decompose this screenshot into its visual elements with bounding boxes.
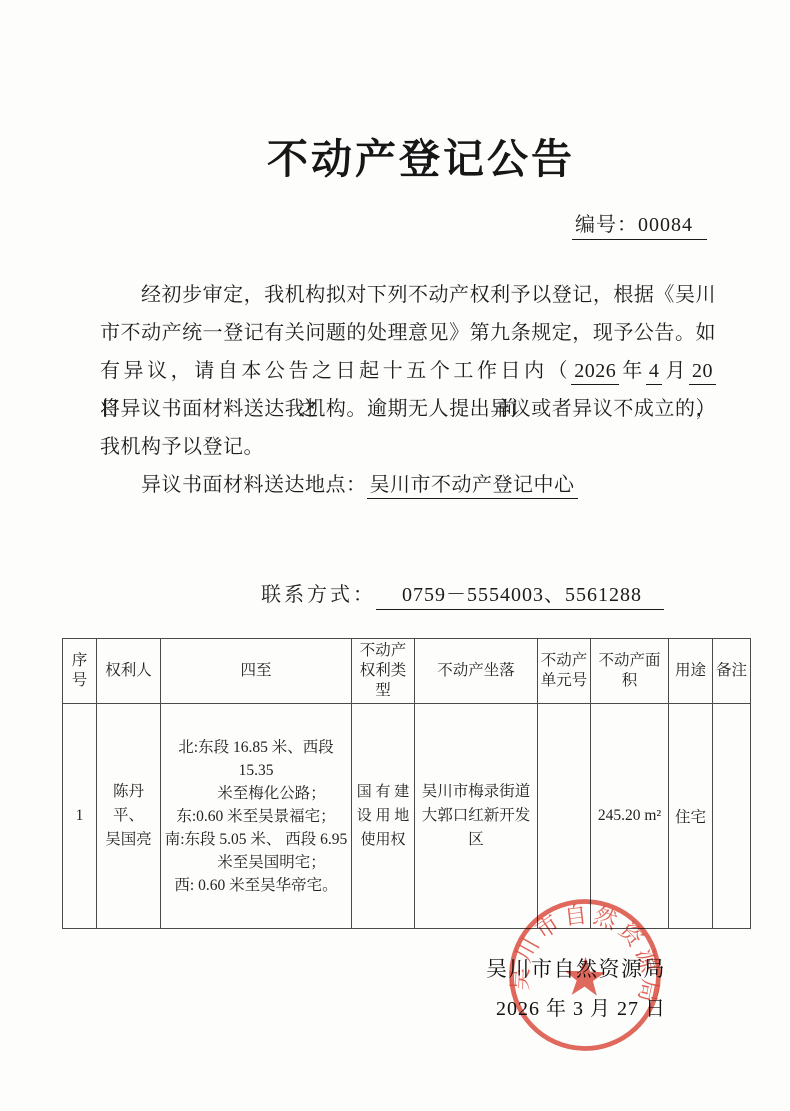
notice-body: 经初步审定，我机构拟对下列不动产权利予以登记，根据《吴川 市不动产统一登记有关问… (100, 276, 716, 504)
doc-number-underline: 编号：00084 (572, 214, 707, 240)
contact-phone: 0759－5554003、5561288 (376, 584, 664, 610)
col-right-type: 不动产权利类型 (352, 639, 415, 704)
cell-usage: 住宅 (669, 704, 713, 929)
seal-arc-text: 吴川市自然资源局 (507, 899, 665, 1009)
seal-star-icon (564, 956, 606, 996)
col-unit-no: 不动产单元号 (538, 639, 591, 704)
body-line-6: 异议书面材料送达地点：吴川市不动产登记中心 (100, 466, 716, 504)
col-usage: 用途 (669, 639, 713, 704)
deadline-year: 2026 (571, 360, 619, 385)
delivery-location-value: 吴川市不动产登记中心 (367, 474, 578, 499)
cell-area: 245.20 m² (591, 704, 669, 929)
official-seal: 吴川市自然资源局 (503, 893, 666, 1056)
scanned-document-page: 不动产登记公告 编号：00084 经初步审定，我机构拟对下列不动产权利予以登记，… (0, 0, 790, 1111)
table-row: 1 陈丹平、 吴国亮 北:东段 16.85 米、西段 15.35 米至梅化公路；… (63, 704, 751, 929)
page-title: 不动产登记公告 (26, 126, 790, 185)
doc-number-label: 编号： (575, 214, 638, 236)
col-boundaries: 四至 (161, 639, 352, 704)
table-header-row: 序号 权利人 四至 不动产权利类型 不动产坐落 不动产单元号 不动产面积 用途 … (63, 639, 751, 704)
body-line-2: 市不动产统一登记有关问题的处理意见》第九条规定，现予公告。如 (100, 314, 716, 352)
col-location: 不动产坐落 (415, 639, 538, 704)
deadline-text: 有异议，请自本公告之日起十五个工作日内（ (100, 360, 571, 382)
body-line-1: 经初步审定，我机构拟对下列不动产权利予以登记，根据《吴川 (100, 276, 716, 314)
month-unit: 月 (662, 360, 689, 382)
col-seq: 序号 (63, 639, 97, 704)
body-line-4: 将异议书面材料送达我机构。逾期无人提出异议或者异议不成立的， (100, 390, 716, 428)
year-unit: 年 (619, 360, 646, 382)
cell-seq: 1 (63, 704, 97, 929)
col-owner: 权利人 (97, 639, 161, 704)
delivery-location-label: 异议书面材料送达地点： (141, 474, 367, 496)
col-remark: 备注 (713, 639, 751, 704)
deadline-month: 4 (646, 360, 663, 385)
cell-right-type: 国 有 建 设 用 地 使用权 (352, 704, 415, 929)
cell-boundaries: 北:东段 16.85 米、西段 15.35 米至梅化公路； 东:0.60 米至吴… (161, 704, 352, 929)
contact-line: 联系方式：0759－5554003、5561288 (261, 578, 664, 607)
doc-number: 编号：00084 (572, 208, 707, 237)
cell-owner: 陈丹平、 吴国亮 (97, 704, 161, 929)
col-area: 不动产面积 (591, 639, 669, 704)
seal-org-name: 吴川市自然资源局 (507, 899, 665, 1009)
cell-remark (713, 704, 751, 929)
deadline-day: 20 (689, 360, 716, 385)
notice-table: 序号 权利人 四至 不动产权利类型 不动产坐落 不动产单元号 不动产面积 用途 … (62, 638, 751, 929)
contact-label: 联系方式： (261, 584, 376, 606)
body-line-5: 我机构予以登记。 (100, 428, 716, 466)
doc-number-value: 00084 (638, 214, 693, 236)
body-line-3: 有异议，请自本公告之日起十五个工作日内（2026年4月20日之前） (100, 352, 716, 390)
